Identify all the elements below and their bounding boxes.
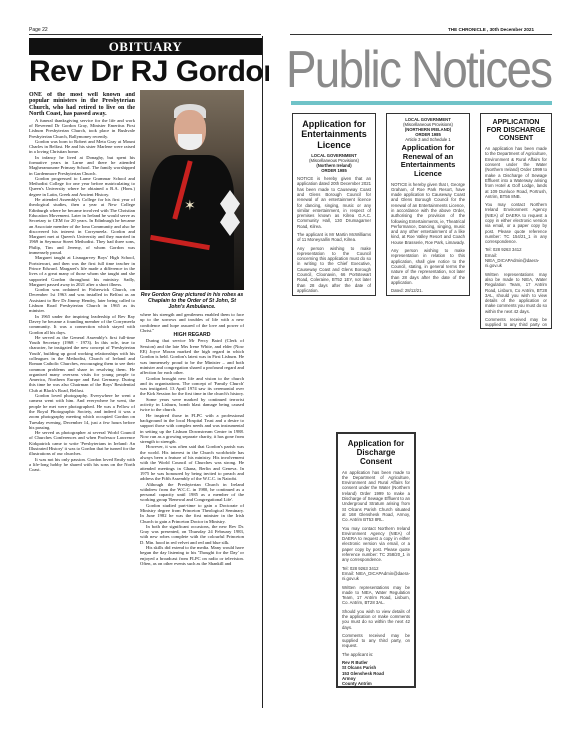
paragraph: Gordon progressed to Larne Grammar Schoo… xyxy=(29,176,135,197)
notice-meta: Article 3 and Schedule 1 xyxy=(391,137,465,142)
section-label-obituary: OBITUARY xyxy=(29,38,262,55)
header-rule-right xyxy=(290,34,552,35)
notice-discharge-consent-portrush: APPLICATION FOR DISCHARGE CONSENT An app… xyxy=(480,113,552,329)
paragraph: where his strength and gentleness enable… xyxy=(140,312,244,333)
paragraph: In both the significant occasions, the n… xyxy=(140,524,244,545)
notice-title: Application for Discharge Consent xyxy=(342,439,410,467)
notice-body: Any person wishing to make representatio… xyxy=(297,246,371,294)
header-rule-left xyxy=(29,34,261,35)
notice-title: APPLICATION FOR DISCHARGE CONSENT xyxy=(485,119,547,143)
paragraph: Gordon was born to Robert and Meta Gray … xyxy=(29,139,135,155)
notice-meta: ORDER 1985 xyxy=(297,168,371,173)
obituary-lead: ONE of the most well known and popular m… xyxy=(29,92,135,118)
obituary-column-1: ONE of the most well known and popular m… xyxy=(29,92,135,708)
paragraph: Gordon brought new life and vision to th… xyxy=(140,376,244,397)
paragraph: It was not his only passion. Gordon love… xyxy=(29,457,135,473)
notice-email: Email: NIEA_DICAPAdmin@daera-ni.gov.uk xyxy=(485,253,547,269)
notice-body: Should you wish to view details of the a… xyxy=(342,609,410,630)
paragraph: Gordon loved photography. Everywhere he … xyxy=(29,393,135,430)
paragraph: He served as the General Assembly's firs… xyxy=(29,335,135,393)
notice-title: Application for Entertainments Licence xyxy=(297,119,371,150)
paragraph: In 1965 under the inspiring leadership o… xyxy=(29,314,135,335)
paragraph: He inspired those in FLPC with a profess… xyxy=(140,413,244,445)
obituary-column-2: where his strength and gentleness enable… xyxy=(140,312,244,720)
section-divider xyxy=(262,36,263,708)
applicant-line: BT53 8RL xyxy=(342,687,410,688)
paragraph: A funeral thanksgiving service for the l… xyxy=(29,118,135,139)
notice-body: An application has been made to the Depa… xyxy=(342,470,410,523)
notice-dated: Dated: 28/12/21. xyxy=(391,288,465,293)
photo-caption: Rev Gordon Gray pictured in his robes as… xyxy=(140,292,244,310)
applicant-label: The applicant is: xyxy=(342,652,410,657)
notice-entertainments-licence-kilrea: Application for Entertainments Licence L… xyxy=(292,113,376,296)
notice-title: Application for Renewal of an Entertainm… xyxy=(391,144,465,179)
paragraph: Although the Presbyterian Church in Irel… xyxy=(140,482,244,503)
paragraph: In infancy he lived at Donaghy, but spen… xyxy=(29,155,135,176)
notice-body: NOTICE is hereby given that I, George Gr… xyxy=(391,182,465,246)
paragraph: His skills did extend to the media. Many… xyxy=(140,545,244,566)
page-number: Page 22 xyxy=(29,27,48,33)
notice-body: Written representations may also be made… xyxy=(485,272,547,314)
notice-email: Email: NIEA_DICAPAdmin@daera-ni.gov.uk xyxy=(342,571,410,582)
notice-renewal-entertainments-licence: LOCAL GOVERNMENT (Miscellaneous Provisio… xyxy=(386,113,470,296)
notice-body: Written representations may be made to N… xyxy=(342,585,410,606)
paragraph: He served as photographer at several Wor… xyxy=(29,430,135,456)
public-notices-accent-bar xyxy=(291,101,552,105)
notice-body: Comments received may be supplied to any… xyxy=(342,633,410,649)
paragraph: He attended Assembly's College for his f… xyxy=(29,197,135,255)
notice-body: You may contact Northern Ireland Environ… xyxy=(342,526,410,563)
notice-body: Comments received may be supplied to any… xyxy=(485,317,547,329)
order-star-icon: ✶ xyxy=(184,198,196,215)
notice-body: The applicant is Mr Martin McWilliams of… xyxy=(297,232,371,243)
notice-body: An application has been made to the Depa… xyxy=(485,146,547,199)
obituary-column-3-strip xyxy=(248,90,262,708)
portrait-photo: ✶ xyxy=(140,90,244,290)
public-notices-title: Public Notices xyxy=(286,40,520,100)
publication-line: THE CHRONICLE , 30th December 2021 xyxy=(448,27,534,32)
paragraph: Gordon was ordained in Fisherwick Church… xyxy=(29,287,135,313)
notice-body: Any person wishing to make representatio… xyxy=(391,248,465,285)
notice-discharge-consent-armoy: Application for Discharge Consent An app… xyxy=(336,432,416,688)
spacer xyxy=(428,432,436,438)
paragraph: Gordon studied part-time to gain a Docto… xyxy=(140,503,244,524)
paragraph: However, it was often said that Gordon's… xyxy=(140,444,244,481)
paragraph: During that service Mr Percy Baird (Cler… xyxy=(140,338,244,375)
beard-shape xyxy=(178,134,202,150)
obituary-headline: Rev Dr RJ Gordon Gray xyxy=(29,55,269,89)
notice-body: You may contact Northern Ireland Environ… xyxy=(485,202,547,244)
notice-body: NOTICE is hereby given that an applicati… xyxy=(297,176,371,229)
paragraph: Some years were marked by continued terr… xyxy=(140,397,244,413)
paragraph: Margaret taught at Lisnagarvey Boys' Hig… xyxy=(29,255,135,287)
